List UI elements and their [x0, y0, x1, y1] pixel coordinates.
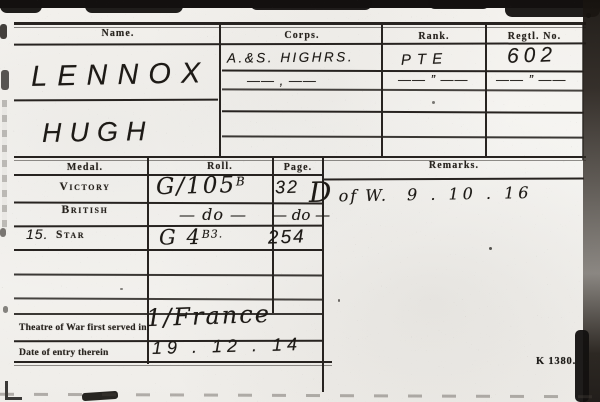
- scan-blob-top-2: [85, 0, 183, 13]
- left-margin-mark-2: [1, 70, 9, 90]
- rule-top-border: [14, 22, 586, 25]
- theatre-of-war-label: Theatre of War first served in: [19, 322, 149, 333]
- rule-name-corps-divider: [219, 24, 221, 158]
- corps-value: A.&S. HIGHRS.: [227, 49, 354, 65]
- rank-column-label: Rank.: [384, 31, 484, 42]
- rule-corps-row-2: [222, 88, 584, 91]
- roll-value-british: — do —: [179, 205, 247, 224]
- speck-3: [120, 288, 123, 290]
- roll-main: G/105: [156, 172, 237, 200]
- rule-bottom-border: [14, 361, 332, 363]
- roll-main: — do —: [179, 205, 247, 224]
- roll-main: G 4: [159, 225, 202, 250]
- regtl-no-ditto-mark: —— ” ——: [496, 72, 567, 87]
- date-of-entry-label: Date of entry therein: [19, 347, 149, 358]
- medal-index-card-scan: Name. Corps. Rank. Regtl. No. LENNOX HUG…: [0, 0, 600, 402]
- rank-ditto-mark: —— ” ——: [398, 72, 469, 87]
- roll-value-victory: G/105B: [156, 172, 246, 200]
- regtl-no-column-label: Regtl. No.: [488, 31, 581, 42]
- date-of-entry-value: 19 . 12 . 14: [152, 334, 303, 359]
- rule-corps-rank-divider: [381, 24, 383, 158]
- roll-column-label: Roll.: [180, 161, 260, 172]
- regtl-no-value: 602: [507, 43, 558, 69]
- scan-blob-top-3: [250, 0, 372, 10]
- speck-1: [489, 247, 492, 250]
- roll-sup: B: [236, 174, 246, 188]
- medal-name-star: Star: [56, 229, 116, 241]
- scan-dot-right: [586, 13, 591, 18]
- left-margin-mark-4: [3, 306, 8, 313]
- rule-corps-row-3: [222, 110, 584, 114]
- scan-corner-mark: [5, 381, 22, 400]
- page-value-star: 254: [268, 226, 306, 249]
- medal-name-victory: Victory: [40, 181, 130, 193]
- rank-value: PTE: [401, 50, 449, 69]
- remarks-column-label: Remarks.: [398, 160, 510, 171]
- left-margin-mark-1: [0, 24, 7, 39]
- roll-sup: B3.: [202, 227, 224, 240]
- rule-rank-regtl-divider: [485, 24, 487, 158]
- left-margin-streak: [2, 100, 7, 230]
- left-margin-mark-3: [0, 228, 6, 237]
- theatre-of-war-value: 1/France: [146, 300, 272, 332]
- page-column-label: Page.: [274, 162, 322, 173]
- surname-value: LENNOX: [31, 57, 211, 94]
- speck-4: [432, 101, 435, 104]
- rule-row-empty-1: [14, 273, 323, 276]
- rule-bottom-border-2: [14, 365, 332, 366]
- forename-value: HUGH: [42, 116, 154, 149]
- rule-section-divider: [14, 156, 586, 158]
- remarks-value: D of W. 9 . 10 . 16: [309, 172, 533, 209]
- scan-blob-top-1: [0, 0, 42, 13]
- name-column-label: Name.: [20, 28, 216, 39]
- scan-blob-right-bottom: [575, 330, 589, 402]
- speck-2: [338, 299, 340, 302]
- corps-ditto-mark: —— , ——: [247, 73, 317, 88]
- roll-value-star: G 4B3.: [159, 224, 224, 249]
- rule-header-underline: [14, 42, 586, 45]
- medal-name-british: British: [40, 204, 130, 216]
- rule-row-empty-2: [14, 297, 323, 300]
- rule-surname-underline: [14, 99, 218, 102]
- scan-blob-top-4: [428, 0, 490, 9]
- page-value-victory: 32: [275, 177, 300, 199]
- medal-prefix-star: 15.: [26, 226, 48, 242]
- rule-corps-row-4: [222, 135, 584, 138]
- corps-column-label: Corps.: [224, 30, 380, 41]
- remarks-text: D of W.: [309, 186, 388, 206]
- medal-column-label: Medal.: [40, 162, 130, 173]
- remarks-date: 9 . 10 . 16: [407, 183, 533, 204]
